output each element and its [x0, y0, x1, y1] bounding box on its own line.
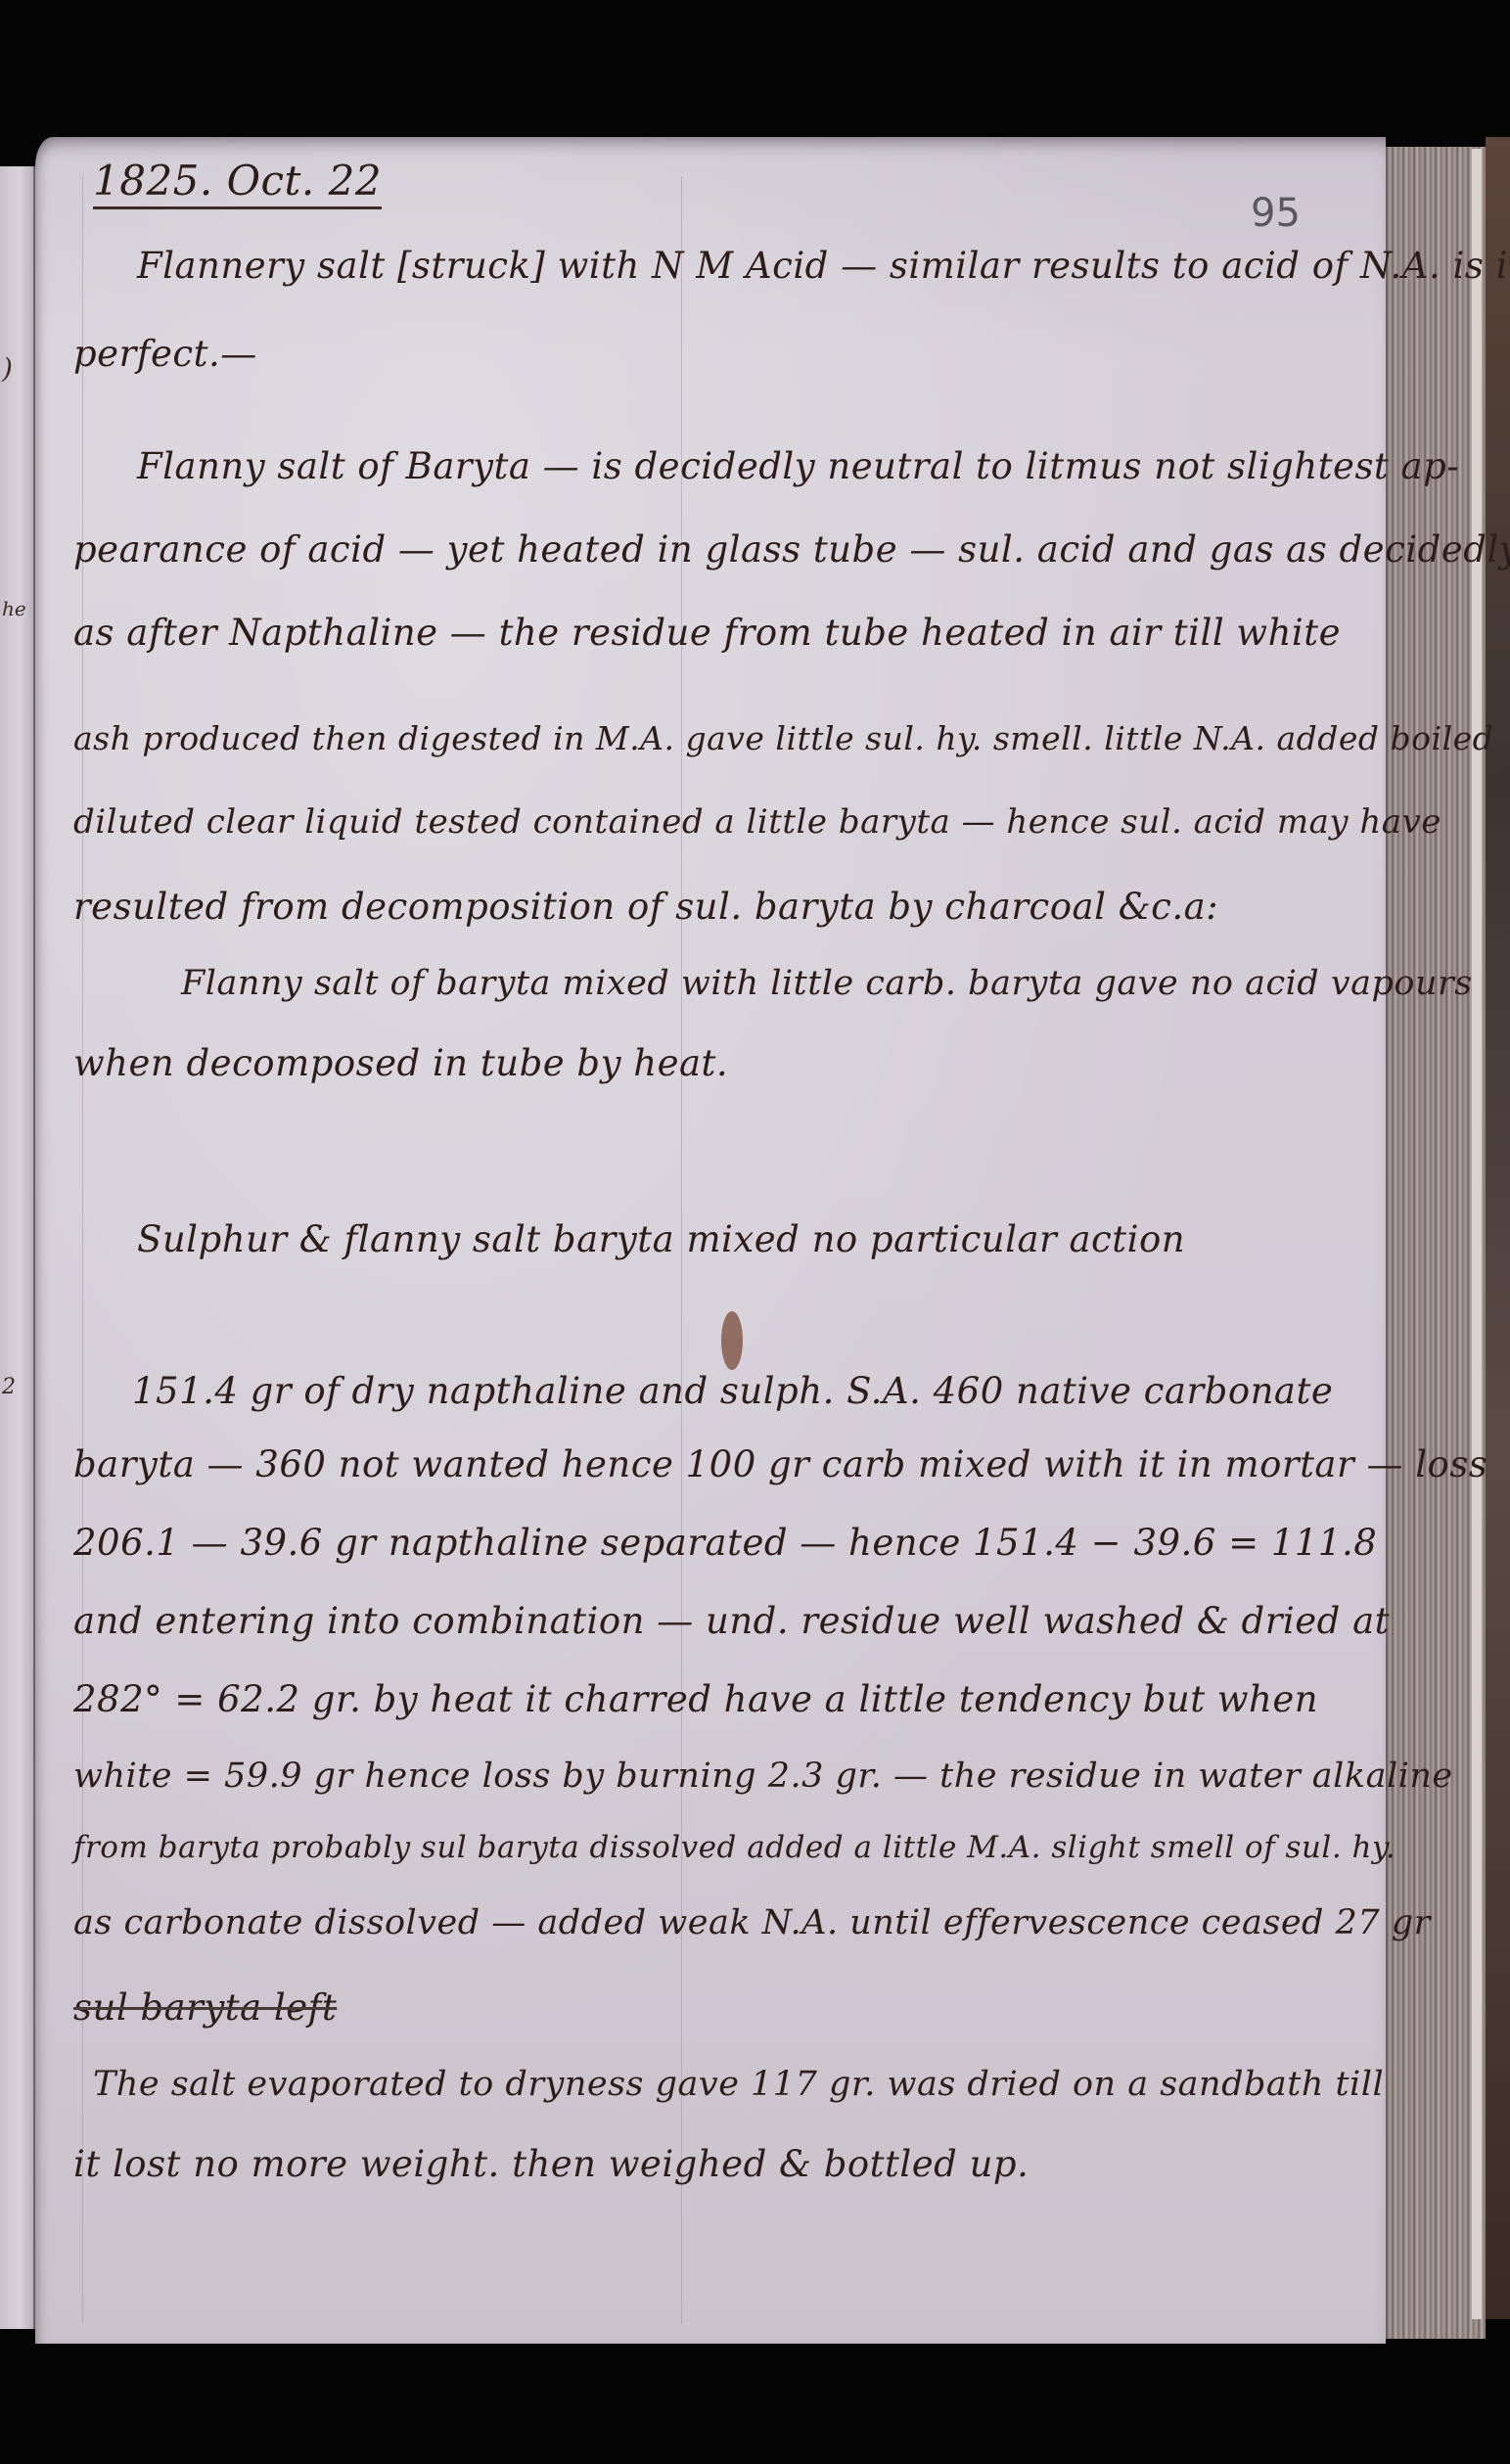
- text-line: 282° = 62.2 gr. by heat it charred have …: [73, 1678, 1318, 1720]
- text-line: Flanny salt of baryta mixed with little …: [181, 964, 1473, 1003]
- text-line: from baryta probably sul baryta dissolve…: [73, 1830, 1396, 1865]
- text-line: 151.4 gr of dry napthaline and sulph. S.…: [132, 1370, 1333, 1412]
- margin-mark: 2: [2, 1375, 16, 1399]
- text-line: baryta — 360 not wanted hence 100 gr car…: [73, 1443, 1487, 1485]
- ink-stain: [721, 1311, 743, 1370]
- text-line: perfect.—: [73, 333, 257, 375]
- text-line: as after Napthaline — the residue from t…: [73, 612, 1341, 654]
- margin-mark: ): [2, 352, 13, 385]
- text-line: diluted clear liquid tested contained a …: [73, 802, 1441, 842]
- text-line: pearance of acid — yet heated in glass t…: [73, 528, 1510, 570]
- facing-page-edge: ) he 2: [0, 166, 35, 2329]
- text-line: Sulphur & flanny salt baryta mixed no pa…: [137, 1218, 1185, 1260]
- text-line: white = 59.9 gr hence loss by burning 2.…: [73, 1757, 1453, 1796]
- text-line: Flanny salt of Baryta — is decidedly neu…: [137, 445, 1459, 487]
- text-line: The salt evaporated to dryness gave 117 …: [93, 2065, 1384, 2104]
- book-cover-edge: [1486, 137, 1510, 2319]
- text-line: Flannery salt [struck] with N M Acid — s…: [137, 245, 1510, 287]
- text-line: 206.1 — 39.6 gr napthaline separated — h…: [73, 1522, 1377, 1564]
- text-line: as carbonate dissolved — added weak N.A.…: [73, 1903, 1431, 1942]
- date-heading: 1825. Oct. 22: [93, 157, 382, 209]
- text-line: ash produced then digested in M.A. gave …: [73, 719, 1493, 757]
- text-line-struck: sul baryta left: [73, 1986, 337, 2029]
- text-line: it lost no more weight. then weighed & b…: [73, 2143, 1029, 2185]
- page-number: 95: [1251, 191, 1301, 236]
- text-line: resulted from decomposition of sul. bary…: [73, 886, 1218, 928]
- loose-leaf: [1472, 149, 1482, 2319]
- margin-mark: he: [2, 597, 26, 620]
- text-line: and entering into combination — und. res…: [73, 1600, 1390, 1642]
- text-line: when decomposed in tube by heat.: [73, 1042, 728, 1084]
